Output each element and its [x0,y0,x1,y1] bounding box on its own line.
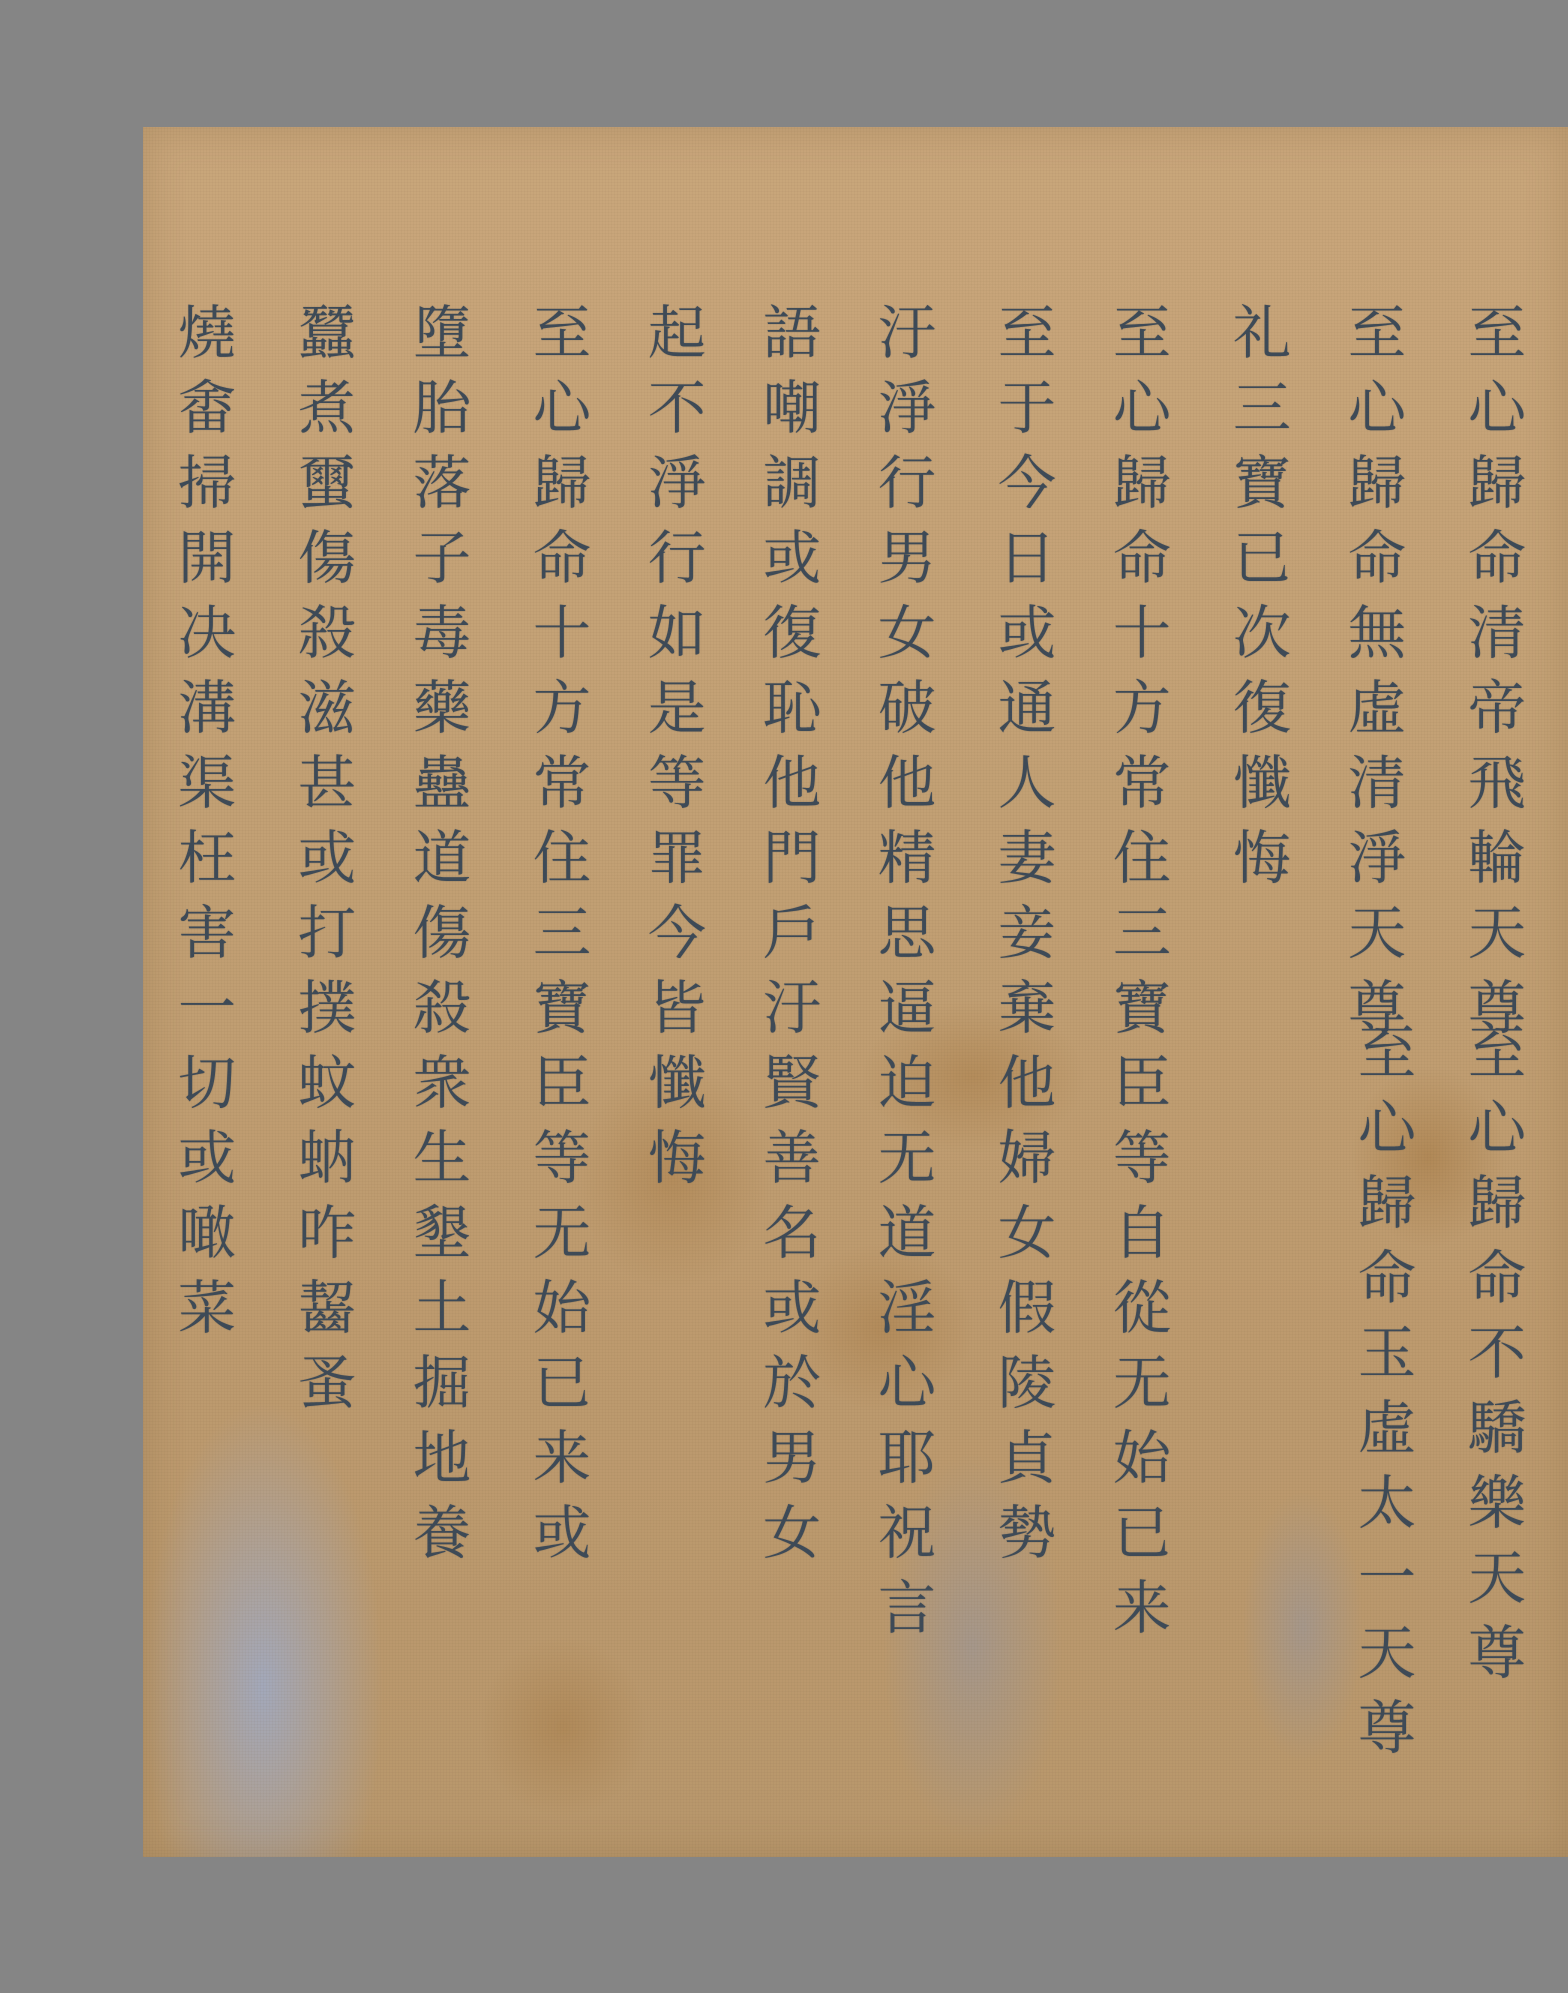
column-6: 汙淨行男女破他精思逼迫无道淫心耶祝言 [873,302,931,1652]
column-3: 礼三寶已次復懺悔 [1228,302,1286,902]
column-2-upper: 至心歸命無虛清淨天尊 [1343,302,1401,1052]
column-8: 起不淨行如是等罪今皆懺悔 [643,302,701,1202]
column-9: 至心歸命十方常住三寶臣等无始已来或 [528,302,586,1577]
column-4: 至心歸命十方常住三寶臣等自從无始已来 [1108,302,1166,1652]
column-12: 燒畬掃開决溝渠枉害一切或噉菜 [173,302,231,1352]
column-1-lower: 至心歸命不驕樂天尊 [1463,1022,1521,1697]
column-5: 至于今日或通人妻妾棄他婦女假陵貞勢 [993,302,1051,1577]
column-10: 墮胎落子毒藥蠱道傷殺衆生墾土掘地養 [408,302,466,1577]
column-11: 蠶煮蠒傷殺滋甚或打撲蚊蚋咋齧蚤 [293,302,351,1427]
column-2-lower: 至心歸命玉虛太一天尊 [1353,1022,1411,1772]
column-1-upper: 至心歸命清帝飛輪天尊 [1463,302,1521,1052]
column-7: 語嘲調或復恥他門戶汙賢善名或於男女 [758,302,816,1577]
manuscript-page: 至心歸命清帝飛輪天尊 至心歸命不驕樂天尊 至心歸命無虛清淨天尊 至心歸命玉虛太一… [143,127,1568,1857]
